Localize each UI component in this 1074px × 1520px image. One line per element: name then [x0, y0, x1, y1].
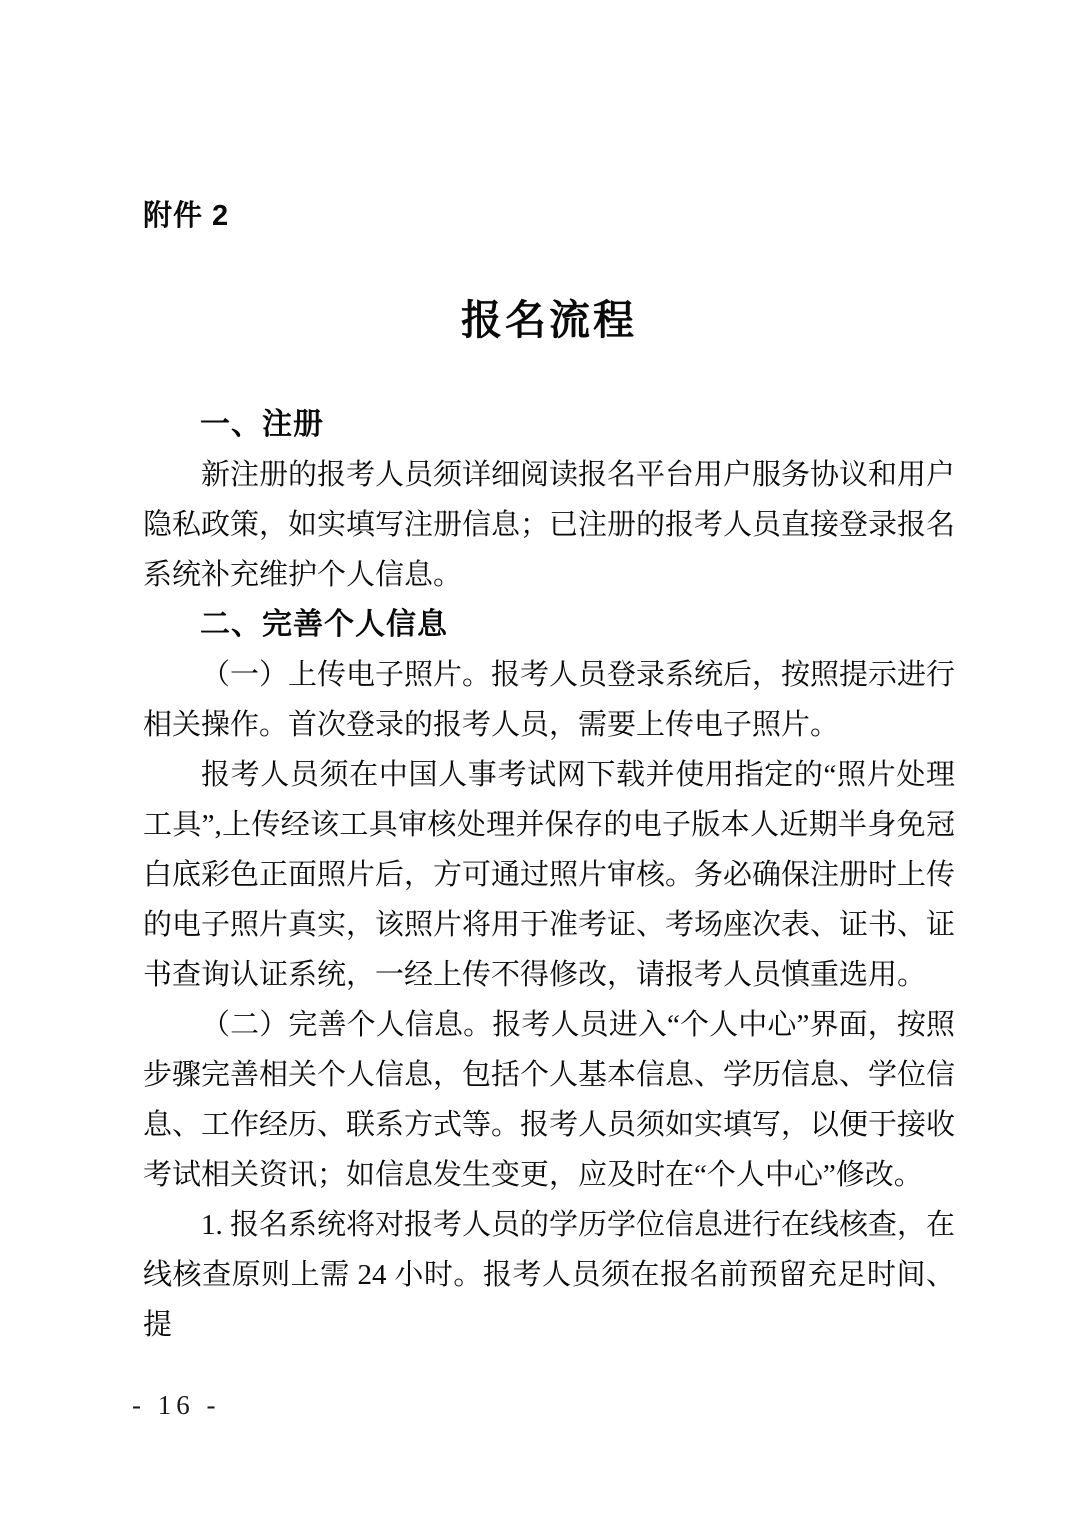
paragraph-registration-1: 新注册的报考人员须详细阅读报名平台用户服务协议和用户隐私政策，如实填写注册信息；… [143, 450, 955, 600]
attachment-label: 附件 2 [143, 196, 955, 236]
document-content: 附件 2 报名流程 一、注册 新注册的报考人员须详细阅读报名平台用户服务协议和用… [143, 196, 955, 1350]
page-number: - 16 - [132, 1390, 220, 1421]
section-heading-personal-info: 二、完善个人信息 [143, 600, 955, 650]
paragraph-online-verification: 1. 报名系统将对报考人员的学历学位信息进行在线核查，在线核查原则上需 24 小… [143, 1200, 955, 1350]
paragraph-complete-info: （二）完善个人信息。报考人员进入“个人中心”界面，按照步骤完善相关个人信息，包括… [143, 1000, 955, 1200]
section-heading-registration: 一、注册 [143, 400, 955, 450]
document-page: 附件 2 报名流程 一、注册 新注册的报考人员须详细阅读报名平台用户服务协议和用… [0, 0, 1074, 1520]
paragraph-photo-tool: 报考人员须在中国人事考试网下载并使用指定的“照片处理工具”,上传经该工具审核处理… [143, 750, 955, 1000]
paragraph-upload-photo: （一）上传电子照片。报考人员登录系统后，按照提示进行相关操作。首次登录的报考人员… [143, 650, 955, 750]
document-title: 报名流程 [143, 294, 955, 346]
